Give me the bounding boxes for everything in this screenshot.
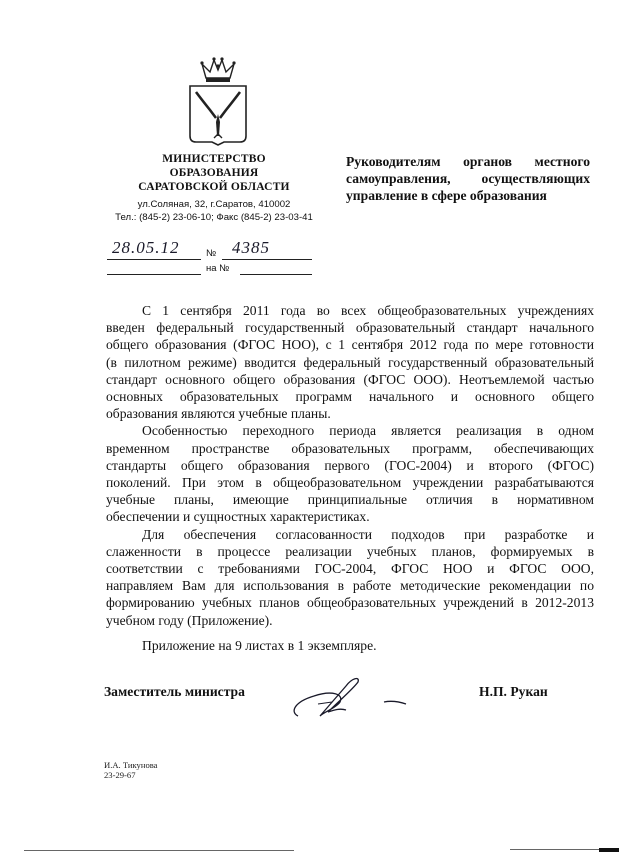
ministry-phone-fax: Тел.: (845-2) 23-06-10; Факс (845-2) 23-… xyxy=(100,211,328,224)
text-line: учебном году (Приложение). xyxy=(106,612,594,629)
text-line: общего образования (ФГОС НОО), с 1 сентя… xyxy=(106,336,594,353)
text-line: образования являются учебные планы. xyxy=(106,405,594,422)
ministry-address: ул.Соляная, 32, г.Саратов, 410002 xyxy=(100,198,328,211)
ministry-name: МИНИСТЕРСТВО ОБРАЗОВАНИЯ САРАТОВСКОЙ ОБЛ… xyxy=(104,152,324,194)
text-line: введен федеральный государственный образ… xyxy=(106,319,594,336)
reply-number-field xyxy=(240,258,312,275)
text-line: временном пространстве образовательных п… xyxy=(106,440,594,457)
text-line: (в пилотном режиме) вводится федеральный… xyxy=(106,354,594,371)
ministry-line: МИНИСТЕРСТВО xyxy=(104,152,324,166)
executor-name: И.А. Тикунова xyxy=(104,760,158,770)
text-line: слаженности в процессе реализации учебны… xyxy=(106,543,594,560)
handwritten-number: 4385 xyxy=(232,238,270,258)
signatory-name: Н.П. Рукан xyxy=(479,684,548,700)
ministry-contacts: ул.Соляная, 32, г.Саратов, 410002 Тел.: … xyxy=(100,198,328,224)
letter-page: МИНИСТЕРСТВО ОБРАЗОВАНИЯ САРАТОВСКОЙ ОБЛ… xyxy=(0,0,619,852)
reply-date-field xyxy=(107,258,201,275)
coat-of-arms-icon xyxy=(186,48,250,146)
reply-number-label: на № xyxy=(206,263,229,274)
text-line: обеспечении и сущностных характеристиках… xyxy=(106,508,594,525)
handwritten-signature-icon xyxy=(288,672,428,722)
text-line: поколений. При этом в общеобразовательно… xyxy=(106,474,594,491)
addressee: Руководителям органов местного самоуправ… xyxy=(346,153,590,204)
scan-edge-line xyxy=(510,849,610,850)
executor-phone: 23-29-67 xyxy=(104,770,158,780)
text-line: С 1 сентября 2011 года во всех общеобраз… xyxy=(106,302,594,319)
text-line: стандарты общего образования первого (ГО… xyxy=(106,457,594,474)
addressee-line: управление в сфере образования xyxy=(346,187,590,204)
signatory-title: Заместитель министра xyxy=(104,684,245,700)
addressee-line: Руководителям органов местного xyxy=(346,153,590,170)
paragraph: Для обеспечения согласованности подходов… xyxy=(106,526,594,629)
letter-body: С 1 сентября 2011 года во всех общеобраз… xyxy=(106,302,594,629)
number-label: № xyxy=(206,248,216,259)
text-line: основных образовательных программ началь… xyxy=(106,388,594,405)
paragraph: С 1 сентября 2011 года во всех общеобраз… xyxy=(106,302,594,422)
scan-edge-line xyxy=(24,850,294,851)
ministry-line: САРАТОВСКОЙ ОБЛАСТИ xyxy=(104,180,324,194)
addressee-line: самоуправления, осуществляющих xyxy=(346,170,590,187)
paragraph: Особенностью переходного периода являетс… xyxy=(106,422,594,525)
text-line: стандарт основного общего образования (Ф… xyxy=(106,371,594,388)
text-line: формированию учебных планов общеобразова… xyxy=(106,594,594,611)
text-line: Для обеспечения согласованности подходов… xyxy=(106,526,594,543)
attachment-note: Приложение на 9 листах в 1 экземпляре. xyxy=(142,638,377,654)
executor-info: И.А. Тикунова 23-29-67 xyxy=(104,760,158,780)
text-line: направляем Вам для использования в работ… xyxy=(106,577,594,594)
text-line: учебные планы, имеющие принципиальные от… xyxy=(106,491,594,508)
ministry-line: ОБРАЗОВАНИЯ xyxy=(104,166,324,180)
scan-edge-mark xyxy=(599,848,619,852)
text-line: Особенностью переходного периода являетс… xyxy=(106,422,594,439)
handwritten-date: 28.05.12 xyxy=(112,238,180,258)
text-line: соответствии с требованиями ГОС-2004, ФГ… xyxy=(106,560,594,577)
